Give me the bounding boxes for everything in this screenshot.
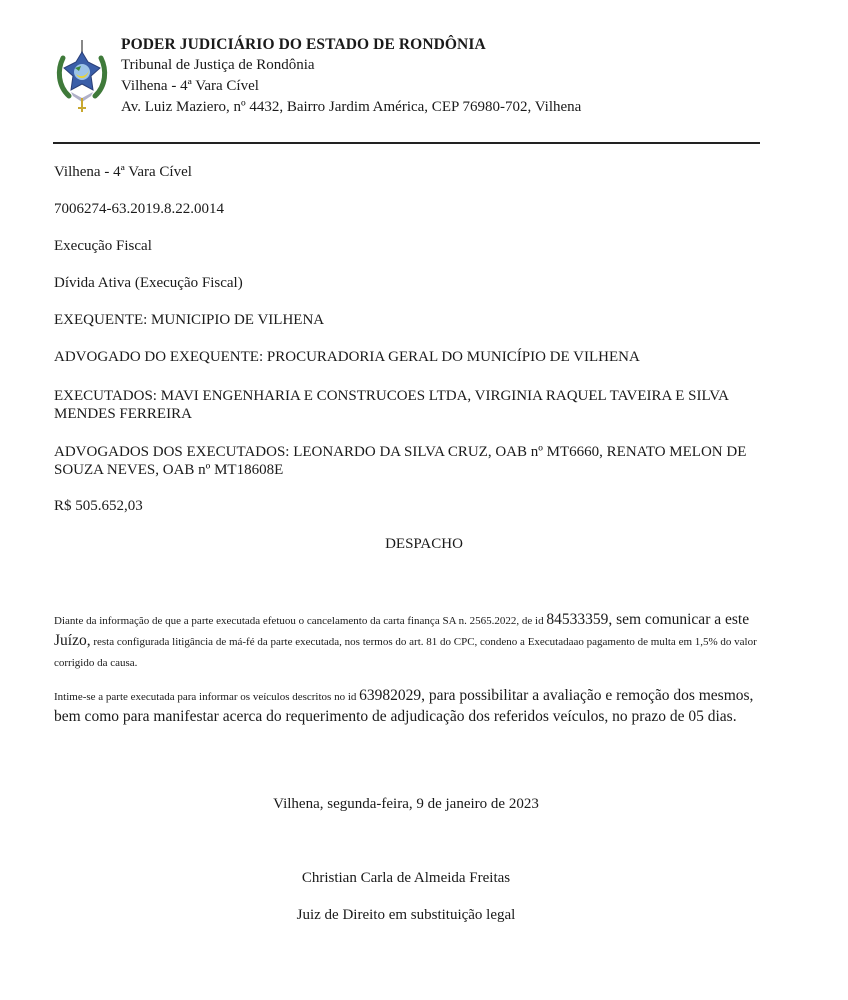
case-class: Execução Fiscal [54,238,152,255]
case-advogados-executados: ADVOGADOS DOS EXECUTADOS: LEONARDO DA SI… [54,443,754,479]
header-title: PODER JUDICIÁRIO DO ESTADO DE RONDÔNIA [121,36,486,54]
case-subject: Dívida Ativa (Execução Fiscal) [54,275,243,292]
paragraph-2: Intime-se a parte executada para informa… [54,686,769,726]
date-line: Vilhena, segunda-feira, 9 de janeiro de … [0,796,812,813]
header-unit: Vilhena - 4ª Vara Cível [121,78,259,95]
signer-name: Christian Carla de Almeida Freitas [0,870,812,887]
document-heading: DESPACHO [0,536,848,553]
paragraph-1-part-3: resta configurada litigância de má-fé da… [54,636,757,669]
paragraph-2-part-1: Intime-se a parte executada para informa… [54,691,359,703]
case-number: 7006274-63.2019.8.22.0014 [54,201,224,218]
case-unit: Vilhena - 4ª Vara Cível [54,164,192,181]
case-exequente: EXEQUENTE: MUNICIPIO DE VILHENA [54,312,324,329]
paragraph-1: Diante da informação de que a parte exec… [54,610,769,673]
signer-role: Juiz de Direito em substituição legal [0,907,812,924]
header-address: Av. Luiz Maziero, nº 4432, Bairro Jardim… [121,99,581,116]
header-court: Tribunal de Justiça de Rondônia [121,57,315,74]
document-page: PODER JUDICIÁRIO DO ESTADO DE RONDÔNIA T… [0,0,848,1000]
header-divider [53,142,760,144]
case-executados: EXECUTADOS: MAVI ENGENHARIA E CONSTRUCOE… [54,387,754,423]
paragraph-1-part-1: Diante da informação de que a parte exec… [54,615,546,627]
case-value: R$ 505.652,03 [54,498,143,515]
case-advogado-exequente: ADVOGADO DO EXEQUENTE: PROCURADORIA GERA… [54,349,640,366]
rondonia-coat-of-arms-icon [55,38,109,114]
